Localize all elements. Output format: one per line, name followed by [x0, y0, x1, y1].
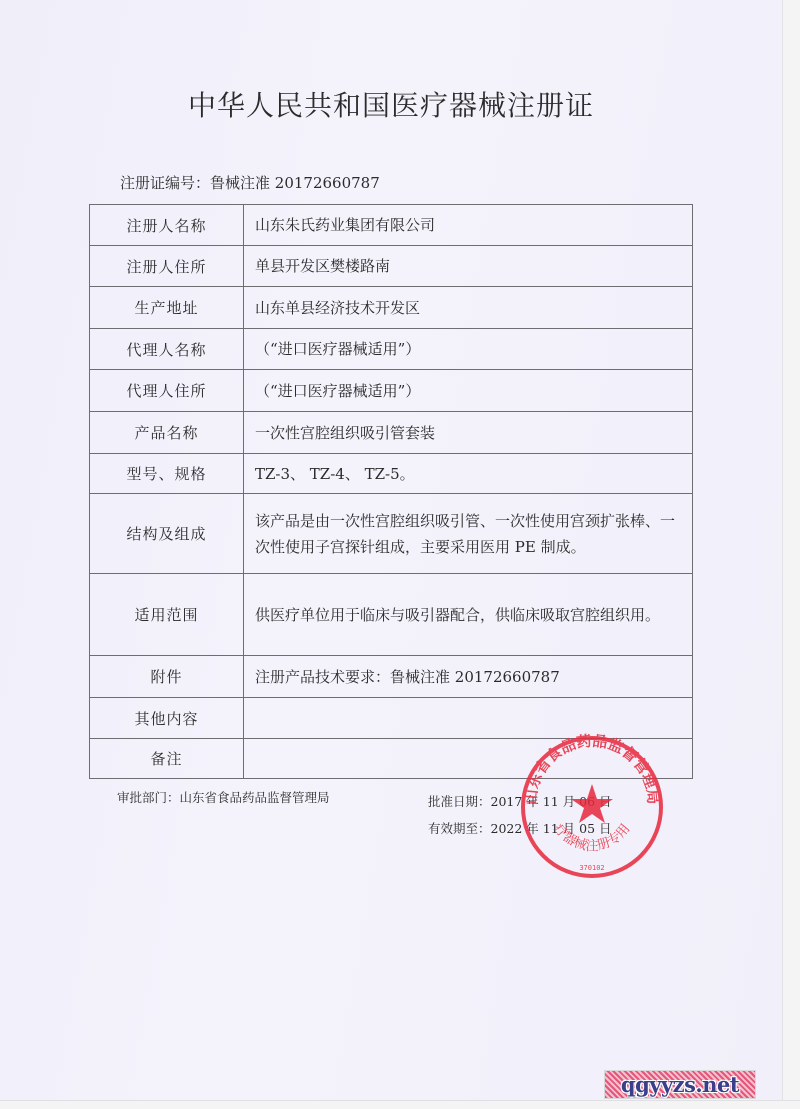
scan-edge-bottom	[0, 1100, 800, 1109]
field-value: 注册产品技术要求：鲁械注准 20172660787	[244, 656, 693, 698]
scan-edge-right	[782, 0, 800, 1109]
field-label: 附件	[90, 656, 244, 698]
table-row-model-spec: 型号、规格 TZ-3、 TZ-4、 TZ-5。	[90, 454, 693, 494]
field-label: 代理人名称	[90, 329, 244, 370]
table-row-production-address: 生产地址 山东单县经济技术开发区	[90, 287, 693, 329]
site-watermark: qgyyzs.net	[604, 1070, 756, 1099]
field-label: 产品名称	[90, 412, 244, 454]
registration-number-value: 鲁械注准 20172660787	[210, 174, 380, 192]
field-value: 供医疗单位用于临床与吸引器配合，供临床吸取宫腔组织用。	[244, 574, 693, 656]
field-value: TZ-3、 TZ-4、 TZ-5。	[244, 454, 693, 494]
field-label: 型号、规格	[90, 454, 244, 494]
svg-text:370102: 370102	[579, 864, 604, 872]
field-label: 代理人住所	[90, 370, 244, 412]
registration-number: 注册证编号：鲁械注准 20172660787	[120, 172, 380, 193]
table-row-registrant-address: 注册人住所 单县开发区樊楼路南	[90, 246, 693, 287]
table-row-structure: 结构及组成 该产品是由一次性宫腔组织吸引管、一次性使用宫颈扩张棒、一次性使用子宫…	[90, 494, 693, 574]
field-value: 该产品是由一次性宫腔组织吸引管、一次性使用宫颈扩张棒、一次性使用子宫探针组成，主…	[244, 494, 693, 574]
field-label: 注册人住所	[90, 246, 244, 287]
field-value: （“进口医疗器械适用”）	[244, 370, 693, 412]
field-label: 备注	[90, 739, 244, 779]
table-row-agent-address: 代理人住所 （“进口医疗器械适用”）	[90, 370, 693, 412]
official-seal-icon: 山东省食品药品监督管理局 医疗器械注册专用章 370102	[518, 732, 666, 882]
field-value: 山东朱氏药业集团有限公司	[244, 205, 693, 246]
approval-department: 审批部门：山东省食品药品监督管理局	[117, 788, 330, 806]
field-label: 其他内容	[90, 698, 244, 739]
certificate-table: 注册人名称 山东朱氏药业集团有限公司 注册人住所 单县开发区樊楼路南 生产地址 …	[89, 204, 693, 779]
field-value: （“进口医疗器械适用”）	[244, 329, 693, 370]
field-value: 单县开发区樊楼路南	[244, 246, 693, 287]
table-row-agent-name: 代理人名称 （“进口医疗器械适用”）	[90, 329, 693, 370]
table-row-attachment: 附件 注册产品技术要求：鲁械注准 20172660787	[90, 656, 693, 698]
table-row-scope: 适用范围 供医疗单位用于临床与吸引器配合，供临床吸取宫腔组织用。	[90, 574, 693, 656]
table-row-product-name: 产品名称 一次性宫腔组织吸引管套装	[90, 412, 693, 454]
field-label: 生产地址	[90, 287, 244, 329]
table-row-registrant-name: 注册人名称 山东朱氏药业集团有限公司	[90, 205, 693, 246]
registration-number-label: 注册证编号：	[120, 174, 210, 192]
field-value: 山东单县经济技术开发区	[244, 287, 693, 329]
field-label: 注册人名称	[90, 205, 244, 246]
field-value: 一次性宫腔组织吸引管套装	[244, 412, 693, 454]
field-label: 结构及组成	[90, 494, 244, 574]
document-title: 中华人民共和国医疗器械注册证	[0, 84, 782, 124]
field-label: 适用范围	[90, 574, 244, 656]
